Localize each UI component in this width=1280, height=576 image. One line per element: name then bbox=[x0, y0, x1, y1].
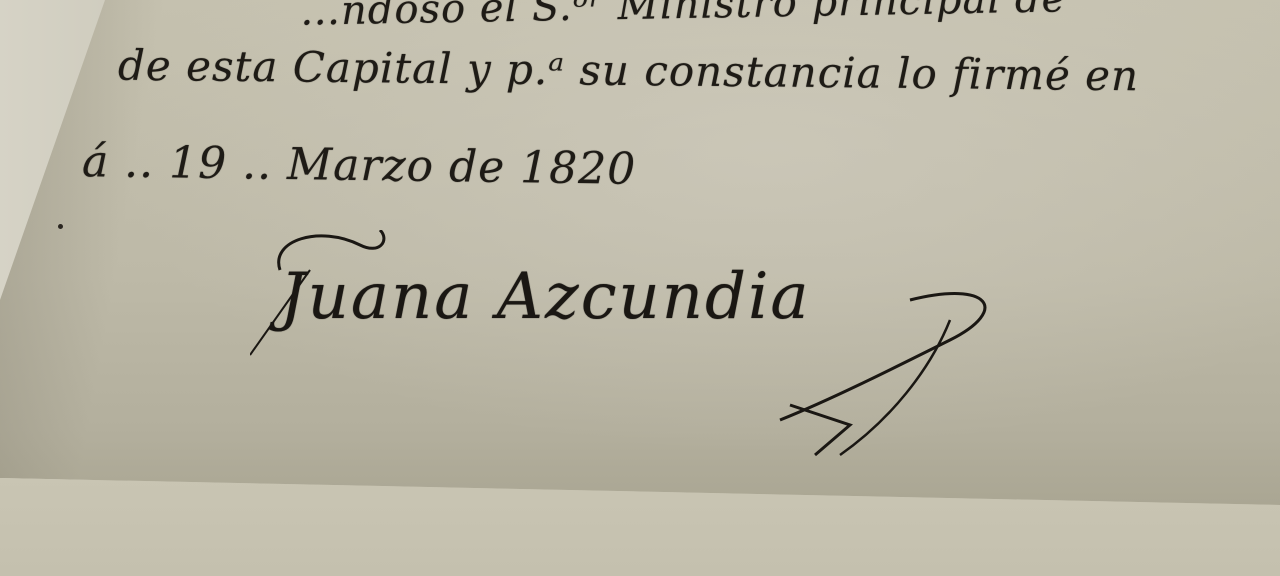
ink-dot bbox=[58, 224, 63, 229]
manuscript-date-line: á .. 19 .. Marzo de 1820 bbox=[82, 136, 637, 195]
signature-rubric-icon bbox=[250, 230, 1030, 470]
signature: Juana Azcundia bbox=[250, 230, 1030, 470]
manuscript-photo: …ndoso el S.ᵒʳ Ministro principal de de … bbox=[0, 0, 1280, 576]
